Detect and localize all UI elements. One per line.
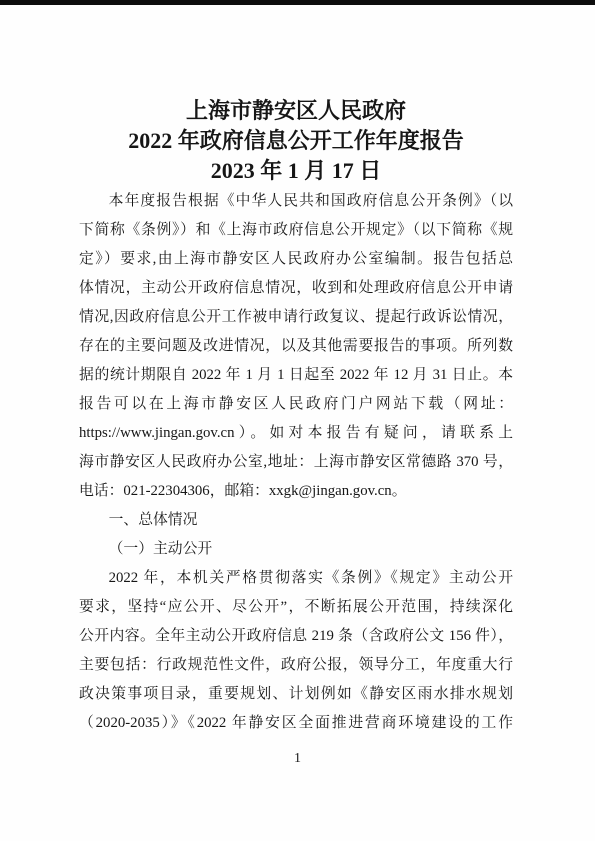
body-text-line: 2022 年，本机关严格贯彻落实《条例》《规定》主动公开 bbox=[79, 564, 513, 593]
body-text-line: 海市静安区人民政府办公室,地址：上海市静安区常德路 370 号， bbox=[79, 448, 513, 477]
title-line-org: 上海市静安区人民政府 bbox=[79, 96, 513, 126]
body-text-line: （2020-2035）》《2022 年静安区全面推进营商环境建设的工作 bbox=[79, 709, 513, 738]
body-text-line: 报告可以在上海市静安区人民政府门户网站下载（网址： bbox=[79, 390, 513, 419]
scan-edge-bar bbox=[0, 0, 595, 5]
body-text-line: https://www.jingan.gov.cn）。如对本报告有疑问，请联系上 bbox=[79, 419, 513, 448]
section-heading-line: （一）主动公开 bbox=[79, 535, 513, 564]
body-text-line: 定》）要求,由上海市静安区人民政府办公室编制。报告包括总 bbox=[79, 245, 513, 274]
body-text-line: 据的统计期限自 2022 年 1 月 1 日起至 2022 年 12 月 31 … bbox=[79, 361, 513, 390]
body-text-line: 电话：021-22304306，邮箱：xxgk@jingan.gov.cn。 bbox=[79, 477, 513, 506]
body-text-line: 主要包括：行政规范性文件，政府公报，领导分工，年度重大行 bbox=[79, 651, 513, 680]
body-text-line: 情况,因政府信息公开工作被申请行政复议、提起行政诉讼情况， bbox=[79, 303, 513, 332]
document-page: 上海市静安区人民政府 2022 年政府信息公开工作年度报告 2023 年 1 月… bbox=[0, 0, 595, 841]
body-text-line: 存在的主要问题及改进情况，以及其他需要报告的事项。所列数 bbox=[79, 332, 513, 361]
body-text-line: 下简称《条例》）和《上海市政府信息公开规定》（以下简称《规 bbox=[79, 216, 513, 245]
body-text-line: 公开内容。全年主动公开政府信息 219 条（含政府公文 156 件）， bbox=[79, 622, 513, 651]
body-text-line: 政决策事项目录，重要规划、计划例如《静安区雨水排水规划 bbox=[79, 680, 513, 709]
document-title: 上海市静安区人民政府 2022 年政府信息公开工作年度报告 2023 年 1 月… bbox=[79, 96, 513, 186]
title-line-report-name: 2022 年政府信息公开工作年度报告 bbox=[79, 126, 513, 156]
body-text-line: 本年度报告根据《中华人民共和国政府信息公开条例》（以 bbox=[79, 187, 513, 216]
section-heading-line: 一、总体情况 bbox=[79, 506, 513, 535]
title-line-date: 2023 年 1 月 17 日 bbox=[79, 156, 513, 186]
body-text-line: 体情况，主动公开政府信息情况，收到和处理政府信息公开申请 bbox=[79, 274, 513, 303]
document-body: 本年度报告根据《中华人民共和国政府信息公开条例》（以下简称《条例》）和《上海市政… bbox=[79, 187, 513, 738]
body-text-line: 要求，坚持“应公开、尽公开”，不断拓展公开范围，持续深化 bbox=[79, 593, 513, 622]
page-number: 1 bbox=[0, 751, 595, 767]
